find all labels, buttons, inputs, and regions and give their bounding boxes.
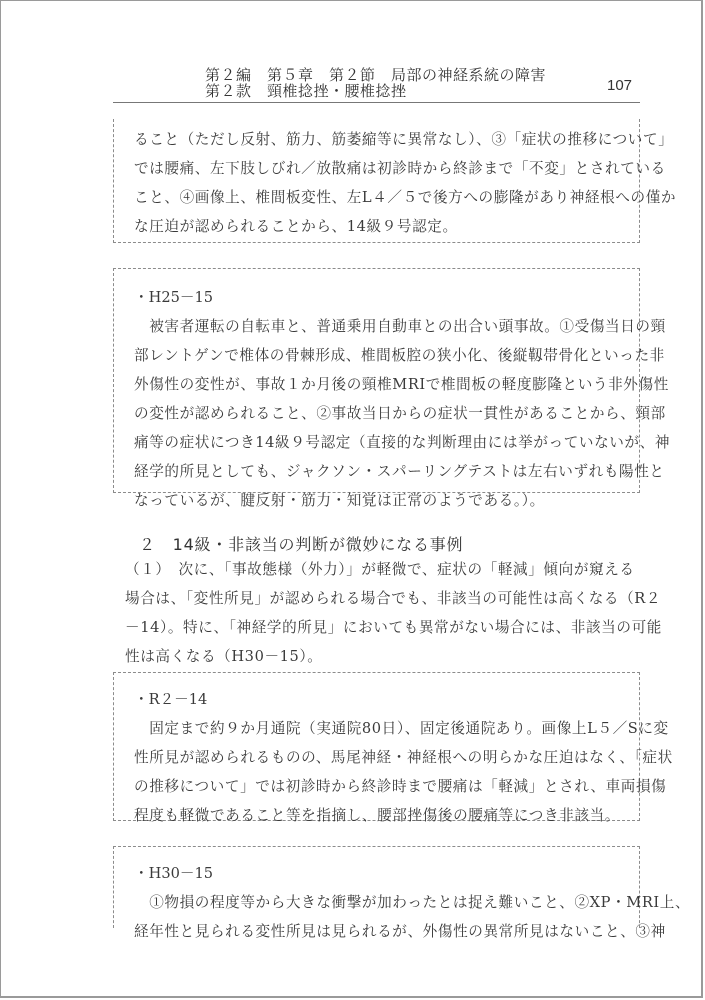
case-id: ・H25－15: [134, 283, 625, 312]
text-line: の推移について」では初診時から終診時まで腰痛は「軽減」とされ、車両損傷: [134, 772, 625, 801]
text-line: 性は高くなる（H30－15）。: [125, 642, 640, 671]
text-line: 痛等の症状につき14級９号認定（直接的な判断理由には挙がっていないが、神: [134, 428, 625, 457]
case-box-h30-15: ・H30－15 ①物損の程度等から大きな衝撃が加わったとは捉え難いこと、②XP・…: [113, 846, 640, 928]
case-text: 被害者運転の自転車と、普通乗用自動車との出合い頭事故。①受傷当日の頸 部レントゲ…: [134, 312, 625, 515]
text-line: 外傷性の変性が、事故１か月後の頸椎MRIで椎間板の軽度膨隆という非外傷性: [134, 370, 625, 399]
text-line: 場合は、「変性所見」が認められる場合でも、非該当の可能性は高くなる（R２: [125, 584, 640, 613]
text-line: の変性が認められること、②事故当日からの症状一貫性があることから、頸部: [134, 399, 625, 428]
section-paragraph: （１） 次に、「事故態様（外力）」が軽微で、症状の「軽減」傾向が窺える 場合は、…: [125, 555, 640, 671]
text-line: 被害者運転の自転車と、普通乗用自動車との出合い頭事故。①受傷当日の頸: [134, 312, 625, 341]
case-text: ること（ただし反射、筋力、筋萎縮等に異常なし）、③「症状の推移について」 では腰…: [134, 125, 625, 241]
case-text: ①物損の程度等から大きな衝撃が加わったとは捉え難いこと、②XP・MRI上、 経年…: [134, 888, 625, 946]
text-line: －14）。特に、「神経学的所見」においても異常がない場合には、非該当の可能: [125, 613, 640, 642]
case-box-continued: ること（ただし反射、筋力、筋萎縮等に異常なし）、③「症状の推移について」 では腰…: [113, 119, 640, 243]
text-line: 程度も軽微であること等を指摘し、腰部挫傷後の腰痛等につき非該当。: [134, 801, 625, 830]
document-page: 第２編 第５章 第２節 局部の神経系統の障害 第２款 頸椎捻挫・腰椎捻挫 107…: [0, 0, 703, 998]
header-divider: [113, 102, 640, 103]
text-line: 固定まで約９か月通院（実通院80日）、固定後通院あり。画像上L５／Sに変: [134, 714, 625, 743]
case-text: 固定まで約９か月通院（実通院80日）、固定後通院あり。画像上L５／Sに変 性所見…: [134, 714, 625, 830]
case-id: ・H30－15: [134, 859, 625, 888]
page-number: 107: [607, 77, 632, 94]
header-chapter-line: 第２編 第５章 第２節 局部の神経系統の障害: [205, 67, 546, 83]
text-line: 経年性と見られる変性所見は見られるが、外傷性の異常所見はないこと、③神: [134, 917, 625, 946]
text-line: 経学的所見としても、ジャクソン・スパーリングテストは左右いずれも陽性と: [134, 457, 625, 486]
text-line: こと、④画像上、椎間板変性、左L４／５で後方への膨隆があり神経根への僅か: [134, 183, 625, 212]
text-line: なっているが、腱反射・筋力・知覚は正常のようである。）。: [134, 486, 625, 515]
text-line: （１） 次に、「事故態様（外力）」が軽微で、症状の「軽減」傾向が窺える: [125, 555, 640, 584]
text-line: 部レントゲンで椎体の骨棘形成、椎間板腔の狭小化、後縦靱帯骨化といった非: [134, 341, 625, 370]
text-line: 性所見が認められるものの、馬尾神経・神経根への明らかな圧迫はなく、「症状: [134, 743, 625, 772]
section-heading: ２ 14級・非該当の判断が微妙になる事例: [139, 532, 463, 555]
case-box-h25-15: ・H25－15 被害者運転の自転車と、普通乗用自動車との出合い頭事故。①受傷当日…: [113, 268, 640, 493]
text-line: な圧迫が認められることから、14級９号認定。: [134, 212, 625, 241]
header-section-line: 第２款 頸椎捻挫・腰椎捻挫: [205, 83, 546, 99]
case-id: ・R２－14: [134, 685, 625, 714]
text-line: ①物損の程度等から大きな衝撃が加わったとは捉え難いこと、②XP・MRI上、: [134, 888, 625, 917]
text-line: ること（ただし反射、筋力、筋萎縮等に異常なし）、③「症状の推移について」: [134, 125, 625, 154]
text-line: では腰痛、左下肢しびれ／放散痛は初診時から終診まで「不変」とされている: [134, 154, 625, 183]
case-box-r2-14: ・R２－14 固定まで約９か月通院（実通院80日）、固定後通院あり。画像上L５／…: [113, 672, 640, 821]
running-header: 第２編 第５章 第２節 局部の神経系統の障害 第２款 頸椎捻挫・腰椎捻挫: [205, 67, 546, 99]
